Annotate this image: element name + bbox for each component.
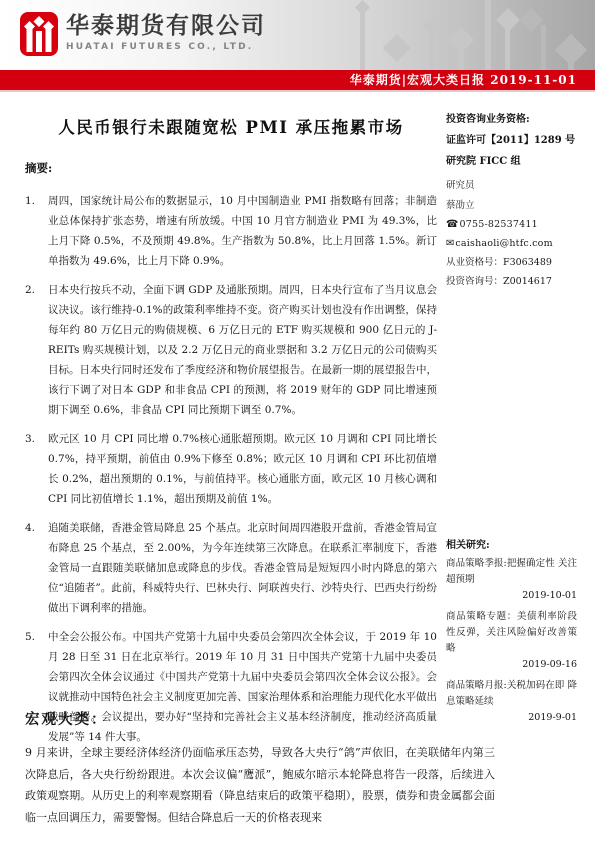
phone-number: 0755-82537411 (459, 219, 537, 230)
related-research-item: 商品策略专题：美债利率阶段性反弹，关注风险偏好改善策略 2019-09-16 (446, 609, 577, 673)
summary-item: 2. 日本央行按兵不动，全面下调 GDP 及通胀预期。周四，日本央行宣布了当月议… (25, 280, 437, 420)
summary-item-text: 欧元区 10 月 CPI 同比增 0.7%核心通胀超预期。欧元区 10 月调和 … (48, 429, 437, 509)
macro-section: 宏观大类： 9 月来讲，全球主要经济体经济仍面临承压态势，导致各大央行“鸽”声依… (25, 708, 495, 828)
related-research-title: 商品策略专题：美债利率阶段性反弹，关注风险偏好改善策略 (446, 609, 577, 657)
company-logo-icon (20, 12, 58, 56)
summary-item-number: 1. (25, 191, 48, 271)
researcher-label: 研究员 (446, 178, 577, 194)
related-research-panel: 相关研究: 商品策略季报:把握确定性 关注超预期 2019-10-01 商品策略… (446, 536, 577, 731)
summary-item-number: 4. (25, 518, 48, 618)
summary-item-number: 3. (25, 429, 48, 509)
credentials-panel: 投资咨询业务资格: 证监许可【2011】1289 号 研究院 FICC 组 研究… (446, 113, 577, 293)
macro-heading: 宏观大类： (25, 708, 495, 729)
summary-item-text: 周四，国家统计局公布的数据显示，10 月中国制造业 PMI 指数略有回落；非制造… (48, 191, 437, 271)
researcher-phone: ☎0755-82537411 (446, 217, 577, 233)
email-address: caishaoli@htfc.com (455, 238, 552, 249)
related-research-date: 2019-09-16 (446, 657, 577, 673)
macro-paragraph: 9 月来讲，全球主要经济体经济仍面临承压态势，导致各大央行“鸽”声依旧，在美联储… (25, 742, 495, 828)
main-column: 人民币银行未跟随宽松 PMI 承压拖累市场 摘要: 1. 周四，国家统计局公布的… (25, 108, 437, 756)
summary-item: 4. 追随美联储，香港金管局降息 25 个基点。北京时间周四港股开盘前，香港金管… (25, 518, 437, 618)
summary-item-number: 2. (25, 280, 48, 420)
header-diamond-decoration (345, 0, 595, 70)
summary-item: 3. 欧元区 10 月 CPI 同比增 0.7%核心通胀超预期。欧元区 10 月… (25, 429, 437, 509)
practice-number: 从业资格号：F3063489 (446, 255, 577, 271)
summary-item: 1. 周四，国家统计局公布的数据显示，10 月中国制造业 PMI 指数略有回落；… (25, 191, 437, 271)
license-number: 证监许可【2011】1289 号 (446, 134, 577, 148)
department-name: 研究院 FICC 组 (446, 155, 577, 169)
researcher-email: ✉caishaoli@htfc.com (446, 236, 577, 252)
summary-item-text: 追随美联储，香港金管局降息 25 个基点。北京时间周四港股开盘前，香港金管局宣布… (48, 518, 437, 618)
company-name-cn: 华泰期货有限公司 (66, 13, 266, 39)
related-research-title: 商品策略月报:关税加码在即 降息策略延续 (446, 678, 577, 710)
summary-heading: 摘要: (25, 160, 437, 176)
report-title: 人民币银行未跟随宽松 PMI 承压拖累市场 (25, 114, 437, 138)
related-research-heading: 相关研究: (446, 536, 577, 551)
phone-icon: ☎ (446, 219, 458, 230)
company-name-block: 华泰期货有限公司 HUATAI FUTURES CO., LTD. (66, 13, 266, 52)
company-name-en: HUATAI FUTURES CO., LTD. (66, 42, 266, 52)
related-research-title: 商品策略季报:把握确定性 关注超预期 (446, 556, 577, 588)
summary-item-text: 日本央行按兵不动，全面下调 GDP 及通胀预期。周四，日本央行宣布了当月议息会议… (48, 280, 437, 420)
report-banner: 华泰期货|宏观大类日报 2019-11-01 (0, 70, 595, 92)
researcher-name: 蔡劭立 (446, 198, 577, 214)
researcher-block: 研究员 蔡劭立 ☎0755-82537411 ✉caishaoli@htfc.c… (446, 178, 577, 290)
related-research-date: 2019-10-01 (446, 588, 577, 604)
report-header: 华泰期货有限公司 HUATAI FUTURES CO., LTD. (0, 0, 595, 70)
company-logo (20, 12, 58, 56)
banner-text: 华泰期货|宏观大类日报 2019-11-01 (350, 73, 595, 87)
email-icon: ✉ (446, 238, 454, 249)
advisory-number: 投资咨询号：Z0014617 (446, 274, 577, 290)
qualification-label: 投资咨询业务资格: (446, 113, 577, 127)
related-research-item: 商品策略季报:把握确定性 关注超预期 2019-10-01 (446, 556, 577, 604)
